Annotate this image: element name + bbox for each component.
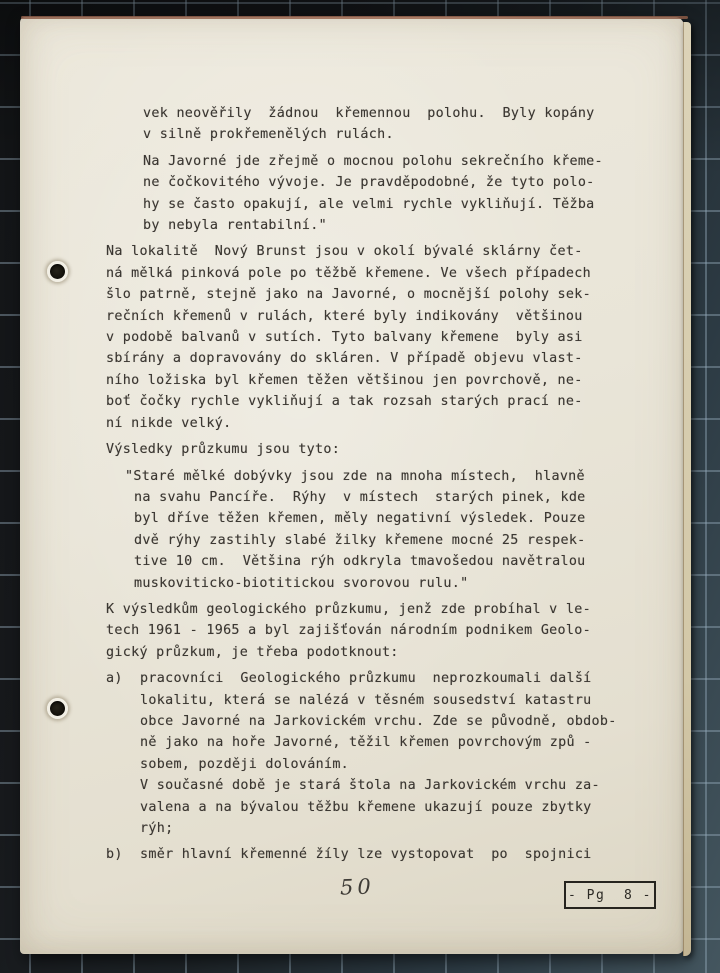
- handwritten-page-number: 50: [340, 874, 376, 899]
- punch-hole-bottom: [47, 698, 68, 719]
- quote-continuation-paragraph-2: Na Javorné jde zřejmě o mocnou polohu se…: [143, 151, 618, 237]
- pg-stamp-box: - Pg 8 -: [564, 881, 656, 909]
- paragraph-k-vysledkum: K výsledkům geologického průzkumu, jenž …: [106, 599, 618, 663]
- list-item-b-text: směr hlavní křemenné žíly lze vystopovat…: [140, 844, 618, 865]
- document-page: vek neověřily žádnou křemennou polohu. B…: [20, 17, 684, 954]
- list-item-a-text: pracovníci Geologického průzkumu neprozk…: [140, 668, 618, 839]
- paragraph-novy-brunst: Na lokalitě Nový Brunst jsou v okolí býv…: [106, 241, 618, 434]
- punch-hole-top: [47, 261, 68, 282]
- typewritten-text-column: vek neověřily žádnou křemennou polohu. B…: [106, 103, 618, 871]
- cutting-mat-backdrop: vek neověřily žádnou křemennou polohu. B…: [0, 0, 720, 973]
- list-item-b: b) směr hlavní křemenné žíly lze vystopo…: [106, 844, 618, 865]
- quote-stare-dobyvky: "Staré mělké dobývky jsou zde na mnoha m…: [134, 466, 618, 594]
- results-heading: Výsledky průzkumu jsou tyto:: [106, 439, 618, 460]
- quote-continuation-paragraph-1: vek neověřily žádnou křemennou polohu. B…: [143, 103, 618, 146]
- page-stack-edge: [683, 22, 691, 956]
- list-item-b-marker: b): [106, 844, 140, 865]
- list-item-a: a) pracovníci Geologického průzkumu nepr…: [106, 668, 618, 839]
- list-item-a-marker: a): [106, 668, 140, 839]
- page-top-edge: [21, 16, 688, 19]
